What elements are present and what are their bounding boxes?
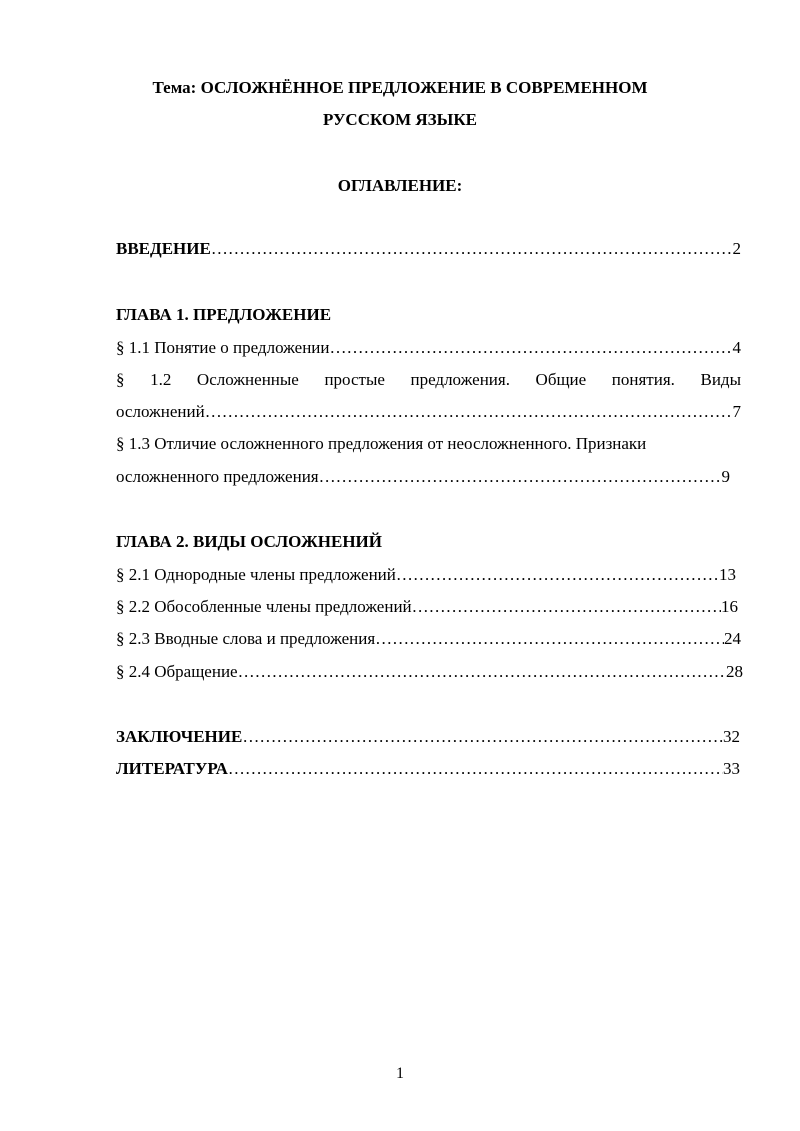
toc-entry-1-2-line1[interactable]: § 1.2 Осложненные простые предложения. О… xyxy=(116,369,741,391)
toc-entry-2-3[interactable]: § 2.3 Вводные слова и предложения 24 xyxy=(116,628,741,650)
toc-entry-page: 16 xyxy=(721,596,738,618)
toc-entry-label: § 2.3 Вводные слова и предложения xyxy=(116,628,375,650)
toc-entry-label: ЛИТЕРАТУРА xyxy=(116,758,228,780)
page-number: 1 xyxy=(0,1065,800,1083)
toc-entry-page: 32 xyxy=(723,726,740,748)
toc-entry-label: осложненного предложения xyxy=(116,466,319,488)
toc-entry-label: ЗАКЛЮЧЕНИЕ xyxy=(116,726,242,748)
dot-leader xyxy=(375,628,724,650)
toc-entry-page: 24 xyxy=(724,628,741,650)
toc-entry-literature[interactable]: ЛИТЕРАТУРА 33 xyxy=(116,758,740,780)
toc-entry-conclusion[interactable]: ЗАКЛЮЧЕНИЕ 32 xyxy=(116,726,740,748)
toc-entry-label: § 1.1 Понятие о предложении xyxy=(116,337,330,359)
toc-entry-label: осложнений xyxy=(116,401,205,423)
toc-entry-2-1[interactable]: § 2.1 Однородные члены предложений 13 xyxy=(116,564,736,586)
dot-leader xyxy=(412,596,721,618)
dot-leader xyxy=(330,337,733,359)
dot-leader xyxy=(396,564,719,586)
toc-entry-label: § 2.4 Обращение xyxy=(116,661,238,683)
toc-entry-page: 9 xyxy=(722,466,731,488)
dot-leader xyxy=(319,466,722,488)
toc-entry-page: 4 xyxy=(733,337,742,359)
toc-entry-page: 2 xyxy=(733,238,742,260)
chapter-1-heading: ГЛАВА 1. ПРЕДЛОЖЕНИЕ xyxy=(116,304,331,326)
dot-leader xyxy=(238,661,726,683)
toc-entry-page: 28 xyxy=(726,661,743,683)
dot-leader xyxy=(211,238,733,260)
toc-entry-page: 33 xyxy=(723,758,740,780)
chapter-2-heading: ГЛАВА 2. ВИДЫ ОСЛОЖНЕНИЙ xyxy=(116,531,382,553)
title-line-2: РУССКОМ ЯЗЫКЕ xyxy=(0,104,800,136)
dot-leader xyxy=(228,758,723,780)
toc-heading: ОГЛАВЛЕНИЕ: xyxy=(0,170,800,202)
dot-leader xyxy=(205,401,733,423)
toc-entry-1-3-line1[interactable]: § 1.3 Отличие осложненного предложения о… xyxy=(116,433,646,455)
toc-entry-1-1[interactable]: § 1.1 Понятие о предложении 4 xyxy=(116,337,741,359)
toc-entry-intro[interactable]: ВВЕДЕНИЕ 2 xyxy=(116,238,741,260)
toc-entry-label: ВВЕДЕНИЕ xyxy=(116,238,211,260)
toc-entry-1-3[interactable]: осложненного предложения 9 xyxy=(116,466,730,488)
title-line-1: Тема: ОСЛОЖНЁННОЕ ПРЕДЛОЖЕНИЕ В СОВРЕМЕН… xyxy=(0,72,800,104)
toc-entry-2-4[interactable]: § 2.4 Обращение 28 xyxy=(116,661,743,683)
toc-entry-2-2[interactable]: § 2.2 Обособленные члены предложений 16 xyxy=(116,596,738,618)
toc-entry-1-2[interactable]: осложнений 7 xyxy=(116,401,741,423)
toc-entry-label: § 2.2 Обособленные члены предложений xyxy=(116,596,412,618)
dot-leader xyxy=(242,726,723,748)
toc-entry-label: § 2.1 Однородные члены предложений xyxy=(116,564,396,586)
toc-entry-page: 13 xyxy=(719,564,736,586)
toc-entry-page: 7 xyxy=(733,401,742,423)
